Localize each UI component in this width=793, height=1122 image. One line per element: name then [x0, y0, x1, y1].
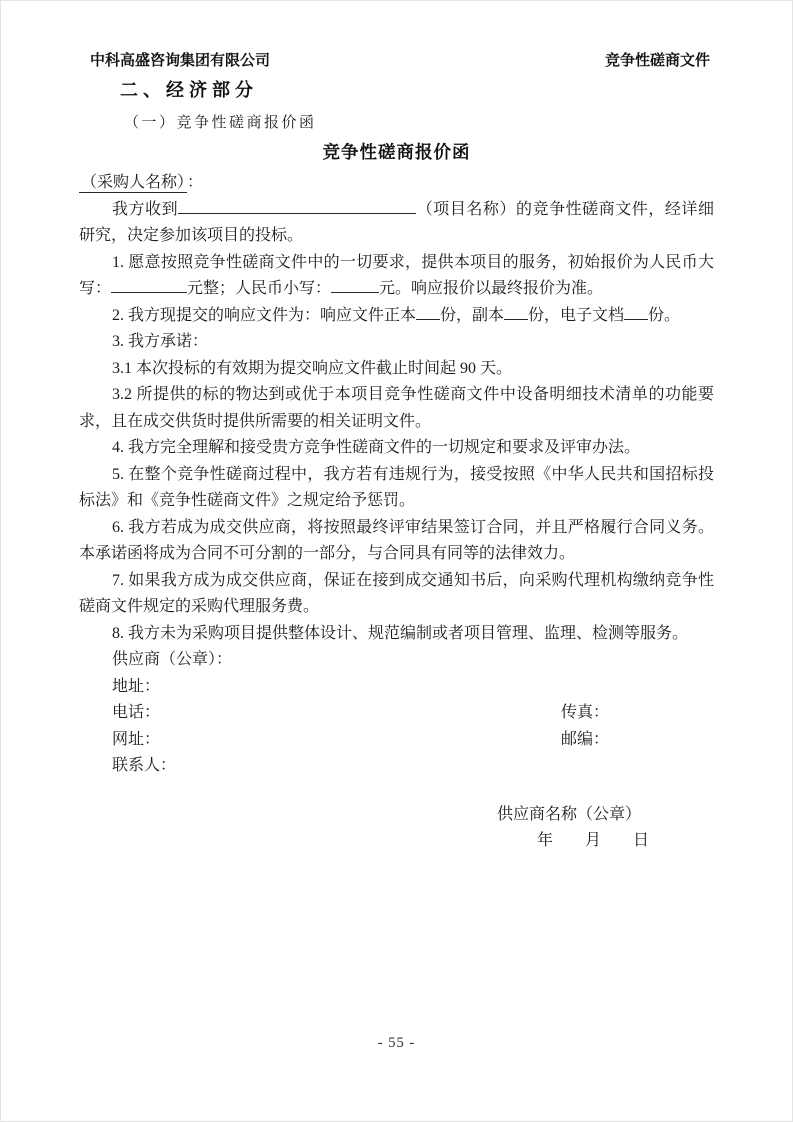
- phone-fax-line: 电话：传真：: [79, 700, 714, 727]
- blank-fill-in-field: [331, 279, 379, 293]
- document-title: 竞争性磋商报价函: [1, 139, 792, 166]
- text-run: 份，电子文档: [528, 307, 624, 324]
- item-3: 3. 我方承诺：: [79, 329, 714, 356]
- blank-fill-in-field: [416, 306, 440, 320]
- date-line: 年 月 日: [79, 828, 714, 855]
- subsection-heading: （一）竞争性磋商报价函: [124, 112, 792, 134]
- text-run: 元。响应报价以最终报价为准。: [379, 280, 603, 297]
- text-run: 份。: [648, 307, 680, 324]
- item-4: 4. 我方完全理解和接受贵方竞争性磋商文件的一切规定和要求及评审办法。: [79, 435, 714, 462]
- document-body: （采购人名称）：我方收到（项目名称）的竞争性磋商文件，经详细研究，决定参加该项目…: [1, 166, 792, 855]
- blank-fill-in-field: [504, 306, 528, 320]
- text-run: 我方收到: [112, 201, 178, 218]
- text-run: 4. 我方完全理解和接受贵方竞争性磋商文件的一切规定和要求及评审办法。: [112, 439, 640, 456]
- text-run: 8. 我方未为采购项目提供整体设计、规范编制或者项目管理、监理、检测等服务。: [112, 625, 688, 642]
- text-run: 5. 在整个竞争性磋商过程中，我方若有违规行为，接受按照《中华人民共和国招标投标…: [79, 466, 714, 510]
- item-3-1: 3.1 本次投标的有效期为提交响应文件截止时间起 90 天。: [79, 356, 714, 383]
- text-run: 年 月 日: [537, 832, 649, 849]
- website-zip-line: 网址：邮编：: [79, 727, 714, 754]
- section-heading: 二、经济部分: [120, 78, 792, 102]
- text-run: 6. 我方若成为成交供应商，将按照最终评审结果签订合同，并且严格履行合同义务。本…: [79, 519, 714, 563]
- text-run: 3.1 本次投标的有效期为提交响应文件截止时间起 90 天。: [112, 360, 512, 377]
- page-number: - 55 -: [1, 1035, 792, 1052]
- zip-label: 邮编：: [561, 727, 609, 754]
- text-run: 联系人：: [112, 757, 176, 774]
- text-run: 3. 我方承诺：: [112, 333, 208, 350]
- text-run: 3.2 所提供的标的物达到或优于本项目竞争性磋商文件中设备明细技术清单的功能要求…: [79, 386, 714, 430]
- text-run: ：: [187, 174, 203, 191]
- item-5: 5. 在整个竞争性磋商过程中，我方若有违规行为，接受按照《中华人民共和国招标投标…: [79, 462, 714, 515]
- text-run: 2. 我方现提交的响应文件为：响应文件正本: [112, 307, 416, 324]
- supplier-name-seal-line: 供应商名称（公章）: [79, 802, 714, 829]
- address-line: 地址：: [79, 674, 714, 701]
- text-run: 元整；人民币小写：: [187, 280, 331, 297]
- item-1: 1. 愿意按照竞争性磋商文件中的一切要求，提供本项目的服务，初始报价为人民币大写…: [79, 250, 714, 303]
- item-2: 2. 我方现提交的响应文件为：响应文件正本份，副本份，电子文档份。: [79, 303, 714, 330]
- blank-fill-in-field: [111, 279, 187, 293]
- text-run: 电话：: [112, 704, 160, 721]
- text-run: 供应商（公章）：: [112, 651, 232, 668]
- item-7: 7. 如果我方成为成交供应商，保证在接到成交通知书后，向采购代理机构缴纳竞争性磋…: [79, 568, 714, 621]
- document-page: 中科高盛咨询集团有限公司 竞争性磋商文件 二、经济部分 （一）竞争性磋商报价函 …: [0, 0, 793, 1122]
- underlined-label: （采购人名称）: [79, 174, 187, 193]
- text-run: 7. 如果我方成为成交供应商，保证在接到成交通知书后，向采购代理机构缴纳竞争性磋…: [79, 572, 714, 616]
- page-header: 中科高盛咨询集团有限公司 竞争性磋商文件: [1, 1, 792, 70]
- intro-paragraph: 我方收到（项目名称）的竞争性磋商文件，经详细研究，决定参加该项目的投标。: [79, 197, 714, 250]
- text-run: 地址：: [112, 678, 160, 695]
- fax-label: 传真：: [561, 700, 609, 727]
- supplier-seal-line: 供应商（公章）：: [79, 647, 714, 674]
- text-run: 网址：: [112, 731, 160, 748]
- header-document-type: 竞争性磋商文件: [605, 51, 710, 70]
- header-company-name: 中科高盛咨询集团有限公司: [90, 51, 270, 70]
- contact-person-line: 联系人：: [79, 753, 714, 780]
- blank-fill-in-field: [624, 306, 648, 320]
- item-6: 6. 我方若成为成交供应商，将按照最终评审结果签订合同，并且严格履行合同义务。本…: [79, 515, 714, 568]
- text-run: 份，副本: [440, 307, 504, 324]
- item-8: 8. 我方未为采购项目提供整体设计、规范编制或者项目管理、监理、检测等服务。: [79, 621, 714, 648]
- item-3-2: 3.2 所提供的标的物达到或优于本项目竞争性磋商文件中设备明细技术清单的功能要求…: [79, 382, 714, 435]
- text-run: 供应商名称（公章）: [497, 806, 641, 823]
- blank-fill-in-field: [178, 200, 416, 214]
- purchaser-name-line: （采购人名称）：: [79, 170, 714, 197]
